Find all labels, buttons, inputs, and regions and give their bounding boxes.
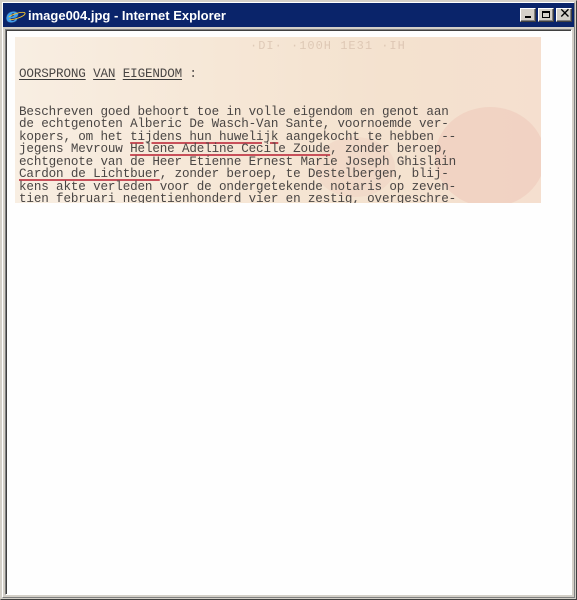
text-run: tien februari negentienhonderd vier en z… xyxy=(19,192,456,203)
title-bar[interactable]: e image004.jpg - Internet Explorer ✕ xyxy=(3,3,574,27)
internet-explorer-icon[interactable]: e xyxy=(6,6,24,24)
minimize-button[interactable] xyxy=(520,8,536,22)
heading-word: OORSPRONG xyxy=(19,67,86,81)
close-button[interactable]: ✕ xyxy=(556,8,572,22)
maximize-button[interactable] xyxy=(538,8,554,22)
heading-word: VAN xyxy=(93,67,115,81)
typed-text: OORSPRONG VAN EIGENDOM : Beschreven goed… xyxy=(19,43,456,203)
heading-suffix: : xyxy=(182,67,197,81)
window-title: image004.jpg - Internet Explorer xyxy=(28,8,226,23)
close-icon: ✕ xyxy=(559,6,571,22)
text-line: tien februari negentienhonderd vier en z… xyxy=(19,193,456,203)
window-controls: ✕ xyxy=(518,8,572,22)
image-viewport: ·DI· ·100H 1E31 ·IH OORSPRONG VAN EIGEND… xyxy=(5,29,572,595)
heading-line: OORSPRONG VAN EIGENDOM : xyxy=(19,68,456,81)
heading-word: EIGENDOM xyxy=(123,67,182,81)
browser-window: e image004.jpg - Internet Explorer ✕ ·DI… xyxy=(0,0,577,600)
scanned-document-image: ·DI· ·100H 1E31 ·IH OORSPRONG VAN EIGEND… xyxy=(15,37,541,203)
